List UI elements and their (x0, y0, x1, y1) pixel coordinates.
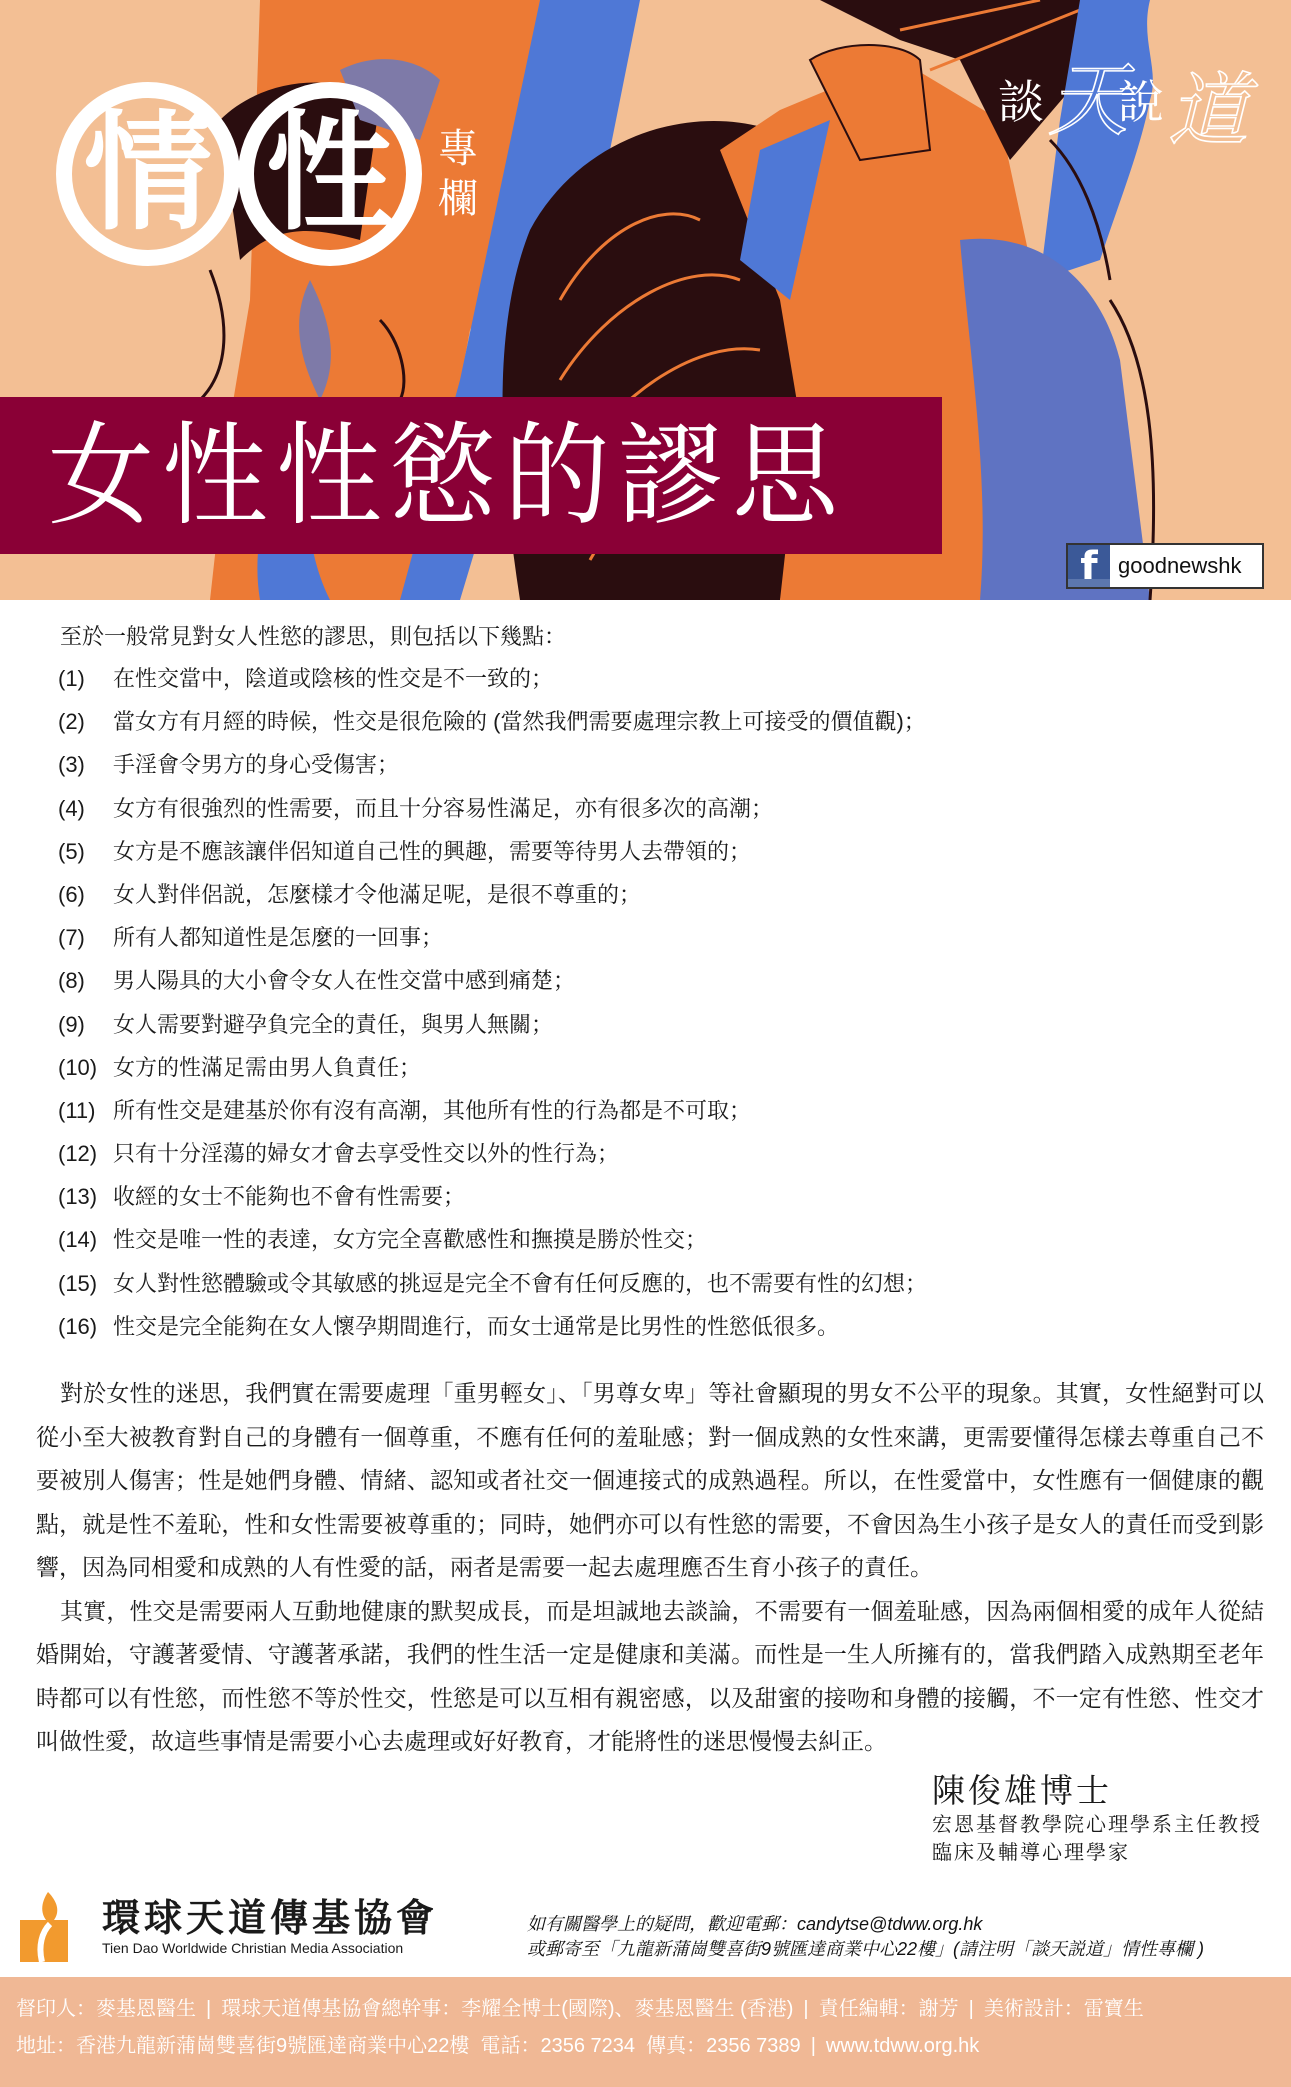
item-number: (1) (58, 664, 113, 707)
facebook-handle: goodnewshk (1110, 545, 1262, 587)
org-name-zh: 環球天道傳基協會 (102, 1898, 438, 1940)
item-number: (16) (58, 1312, 113, 1355)
article-page: 情 性 專 欄 談 天 說 道 女性性慾的謬思 f goodnewshk 至於一… (0, 0, 1291, 2087)
list-item: (16)性交是完全能夠在女人懷孕期間進行，而女士通常是比男性的性慾低很多。 (58, 1312, 927, 1355)
myths-list: (1)在性交當中，陰道或陰核的性交是不一致的； (2)當女方有月經的時候，性交是… (58, 664, 927, 1355)
item-number: (2) (58, 707, 113, 750)
list-item: (14)性交是唯一性的表達，女方完全喜歡感性和撫摸是勝於性交； (58, 1225, 927, 1268)
item-text: 女人對伴侶説，怎麼樣才令他滿足呢，是很不尊重的； (113, 880, 641, 923)
list-item: (6)女人對伴侶説，怎麼樣才令他滿足呢，是很不尊重的； (58, 880, 927, 923)
item-text: 女方的性滿足需由男人負責任； (113, 1053, 421, 1096)
item-number: (7) (58, 923, 113, 966)
list-item: (4)女方有很強烈的性需要，而且十分容易性滿足，亦有很多次的高潮； (58, 794, 927, 837)
item-number: (14) (58, 1225, 113, 1268)
credit-general-secretary: 環球天道傳基協會總幹事：李耀全博士(國際)、麥基恩醫生 (香港) (221, 1998, 793, 2020)
list-item: (12)只有十分淫蕩的婦女才會去享受性交以外的性行為； (58, 1139, 927, 1182)
item-number: (11) (58, 1096, 113, 1139)
list-item: (3)手淫會令男方的身心受傷害； (58, 750, 927, 793)
list-item: (9)女人需要對避孕負完全的責任，與男人無關； (58, 1010, 927, 1053)
essay-paragraph-1: 對於女性的迷思，我們實在需要處理「重男輕女」、「男尊女卑」等社會顯現的男女不公平… (36, 1372, 1264, 1590)
item-number: (13) (58, 1182, 113, 1225)
org-name-en: Tien Dao Worldwide Christian Media Assoc… (102, 1940, 438, 1956)
badge-char-qing: 情 (56, 82, 240, 266)
list-item: (5)女方是不應該讓伴侶知道自己性的興趣，需要等待男人去帶領的； (58, 837, 927, 880)
credit-publisher: 督印人：麥基恩醫生 (16, 1998, 196, 2020)
item-text: 手淫會令男方的身心受傷害； (113, 750, 399, 793)
item-text: 當女方有月經的時候，性交是很危險的 (當然我們需要處理宗教上可接受的價值觀)； (113, 707, 926, 750)
column-badge: 情 性 專 欄 (56, 82, 482, 266)
item-text: 女人需要對避孕負完全的責任，與男人無關； (113, 1010, 553, 1053)
column-label-zhuan: 專 (438, 124, 482, 174)
title-band: 女性性慾的謬思 (0, 397, 942, 554)
item-text: 男人陽具的大小會令女人在性交當中感到痛楚； (113, 966, 575, 1009)
organization-logo: 環球天道傳基協會 Tien Dao Worldwide Christian Me… (20, 1892, 438, 1962)
contact-info: 如有關醫學上的疑問，歡迎電郵：candytse@tdww.org.hk 或郵寄至… (527, 1912, 1204, 1962)
credits-row-1: 督印人：麥基恩醫生|環球天道傳基協會總幹事：李耀全博士(國際)、麥基恩醫生 (香… (16, 1991, 1291, 2028)
essay-body: 對於女性的迷思，我們實在需要處理「重男輕女」、「男尊女卑」等社會顯現的男女不公平… (36, 1372, 1264, 1764)
credits-bar: 督印人：麥基恩醫生|環球天道傳基協會總幹事：李耀全博士(國際)、麥基恩醫生 (香… (0, 1977, 1291, 2087)
author-block: 陳俊雄博士 宏恩基督教學院心理學系主任教授 臨床及輔導心理學家 (932, 1771, 1262, 1867)
item-text: 女方有很強烈的性需要，而且十分容易性滿足，亦有很多次的高潮； (113, 794, 773, 837)
contact-email-line: 如有關醫學上的疑問，歡迎電郵：candytse@tdww.org.hk (527, 1912, 1204, 1937)
facebook-badge[interactable]: f goodnewshk (1066, 543, 1264, 589)
website-link[interactable]: www.tdww.org.hk (826, 2035, 979, 2057)
divider: | (969, 1998, 974, 2020)
page-title: 女性性慾的謬思 (48, 420, 846, 531)
credit-editor: 責任編輯：謝芳 (819, 1998, 959, 2020)
intro-text: 至於一般常見對女人性慾的謬思，則包括以下幾點： (60, 622, 566, 652)
divider: | (206, 1998, 211, 2020)
list-item: (13)收經的女士不能夠也不會有性需要； (58, 1182, 927, 1225)
credit-address-phone-fax: 地址：香港九龍新蒲崗雙喜街9號匯達商業中心22樓 電話：2356 7234 傳真… (16, 2035, 801, 2057)
item-text: 在性交當中，陰道或陰核的性交是不一致的； (113, 664, 553, 707)
brand-char-tian: 天 (1048, 36, 1128, 151)
brand-mark-tantianshuodao: 談 天 說 道 (990, 42, 1270, 152)
essay-paragraph-2: 其實，性交是需要兩人互動地健康的默契成長，而是坦誠地去談論，不需要有一個羞耻感，… (36, 1590, 1264, 1764)
item-number: (15) (58, 1269, 113, 1312)
author-role-2: 臨床及輔導心理學家 (932, 1839, 1262, 1867)
credit-designer: 美術設計：雷寶生 (984, 1998, 1144, 2020)
list-item: (11)所有性交是建基於你有沒有高潮，其他所有性的行為都是不可取； (58, 1096, 927, 1139)
item-text: 女人對性慾體驗或令其敏感的挑逗是完全不會有任何反應的，也不需要有性的幻想； (113, 1269, 927, 1312)
author-name: 陳俊雄博士 (932, 1771, 1262, 1811)
item-text: 女方是不應該讓伴侶知道自己性的興趣，需要等待男人去帶領的； (113, 837, 751, 880)
list-item: (7)所有人都知道性是怎麼的一回事； (58, 923, 927, 966)
hero-banner: 情 性 專 欄 談 天 說 道 女性性慾的謬思 f goodnewshk (0, 0, 1291, 600)
item-text: 所有人都知道性是怎麼的一回事； (113, 923, 443, 966)
column-label-lan: 欄 (438, 174, 482, 224)
flame-logo-icon (20, 1892, 80, 1962)
list-item: (15)女人對性慾體驗或令其敏感的挑逗是完全不會有任何反應的，也不需要有性的幻想… (58, 1269, 927, 1312)
badge-char-xing: 性 (238, 82, 422, 266)
divider: | (803, 1998, 808, 2020)
facebook-icon: f (1068, 545, 1110, 587)
item-number: (8) (58, 966, 113, 1009)
item-number: (5) (58, 837, 113, 880)
list-item: (8)男人陽具的大小會令女人在性交當中感到痛楚； (58, 966, 927, 1009)
author-role-1: 宏恩基督教學院心理學系主任教授 (932, 1811, 1262, 1839)
list-item: (10)女方的性滿足需由男人負責任； (58, 1053, 927, 1096)
divider: | (811, 2035, 816, 2057)
brand-char-tan: 談 (998, 66, 1044, 132)
item-text: 性交是完全能夠在女人懷孕期間進行，而女士通常是比男性的性慾低很多。 (113, 1312, 839, 1355)
item-number: (6) (58, 880, 113, 923)
list-item: (2)當女方有月經的時候，性交是很危險的 (當然我們需要處理宗教上可接受的價值觀… (58, 707, 927, 750)
brand-char-dao: 道 (1168, 46, 1248, 161)
item-number: (3) (58, 750, 113, 793)
column-label: 專 欄 (438, 124, 482, 224)
item-text: 性交是唯一性的表達，女方完全喜歡感性和撫摸是勝於性交； (113, 1225, 707, 1268)
item-text: 收經的女士不能夠也不會有性需要； (113, 1182, 465, 1225)
item-number: (4) (58, 794, 113, 837)
list-item: (1)在性交當中，陰道或陰核的性交是不一致的； (58, 664, 927, 707)
item-number: (12) (58, 1139, 113, 1182)
item-number: (9) (58, 1010, 113, 1053)
item-number: (10) (58, 1053, 113, 1096)
item-text: 所有性交是建基於你有沒有高潮，其他所有性的行為都是不可取； (113, 1096, 751, 1139)
credits-row-2: 地址：香港九龍新蒲崗雙喜街9號匯達商業中心22樓 電話：2356 7234 傳真… (16, 2028, 1291, 2065)
contact-mail-line: 或郵寄至「九龍新蒲崗雙喜街9號匯達商業中心22樓」(請注明「談天説道」情性專欄 … (527, 1937, 1204, 1962)
brand-char-shuo: 說 (1118, 66, 1164, 132)
item-text: 只有十分淫蕩的婦女才會去享受性交以外的性行為； (113, 1139, 619, 1182)
